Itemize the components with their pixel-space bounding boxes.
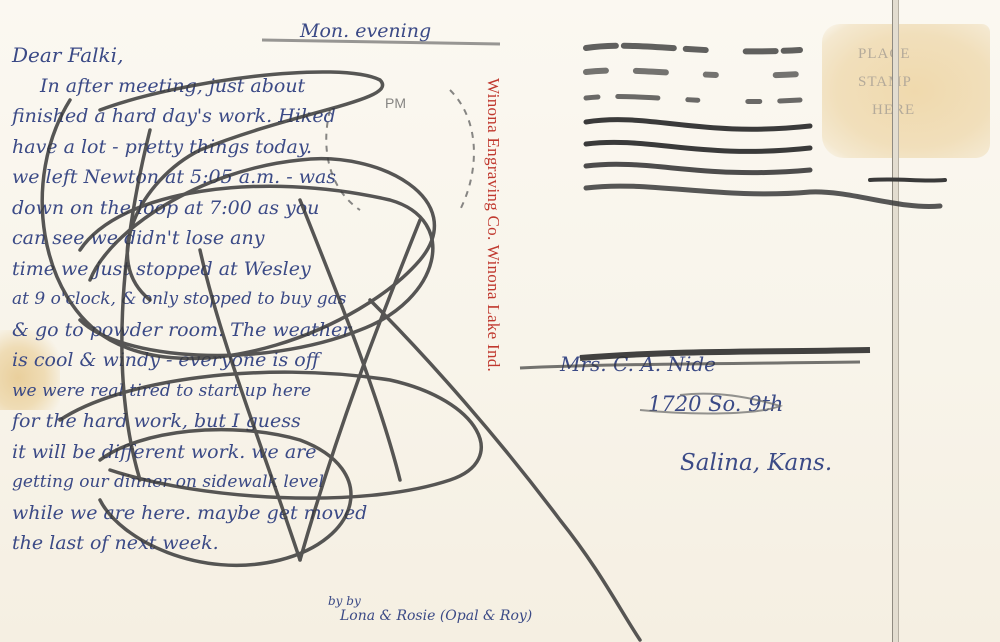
message-line: we were real tired to start up here bbox=[12, 376, 367, 407]
stamp-label-line: HERE bbox=[872, 96, 948, 124]
stamp-label-line: PLACE bbox=[858, 40, 948, 68]
message-line: it will be different work. we are bbox=[12, 437, 367, 468]
address-street: 1720 So. 9th bbox=[648, 392, 783, 416]
signature: Lona & Rosie (Opal & Roy) bbox=[340, 608, 532, 624]
message-line: is cool & windy - everyone is off bbox=[12, 345, 367, 376]
message-line: down on the loop at 7:00 as you bbox=[12, 193, 367, 224]
stamp-label-line: STAMP bbox=[858, 68, 948, 96]
message-line: we left Newton at 5:05 a.m. - was bbox=[12, 162, 367, 193]
handwritten-message: Dear Falki, In after meeting, just about… bbox=[12, 40, 367, 559]
stamp-box-label: PLACE STAMP HERE bbox=[858, 40, 948, 124]
message-line: the last of next week. bbox=[12, 528, 367, 559]
svg-text:PM: PM bbox=[385, 95, 406, 111]
postcard-back: PLACE STAMP HERE Winona Engraving Co. Wi… bbox=[0, 0, 1000, 642]
closing: by by bbox=[328, 594, 361, 608]
address-city: Salina, Kans. bbox=[680, 450, 832, 476]
message-line: finished a hard day's work. Hiked bbox=[12, 101, 367, 132]
dateline: Mon. evening bbox=[300, 20, 431, 42]
publisher-imprint: Winona Engraving Co. Winona Lake Ind. bbox=[483, 78, 503, 372]
salutation: Dear Falki, bbox=[12, 40, 367, 71]
message-line: can see we didn't lose any bbox=[12, 223, 367, 254]
message-line: In after meeting, just about bbox=[12, 71, 367, 102]
address-name: Mrs. C. A. Nide bbox=[560, 352, 716, 376]
message-line: time we just stopped at Wesley bbox=[12, 254, 367, 285]
card-edge-line bbox=[892, 0, 899, 642]
message-line: at 9 o'clock, & only stopped to buy gas bbox=[12, 284, 367, 315]
message-line: & go to powder room. The weather bbox=[12, 315, 367, 346]
message-line: while we are here. maybe get moved bbox=[12, 498, 367, 529]
message-line: have a lot - pretty things today. bbox=[12, 132, 367, 163]
message-line: for the hard work, but I guess bbox=[12, 406, 367, 437]
message-line: getting our dinner on sidewalk level bbox=[12, 467, 367, 498]
